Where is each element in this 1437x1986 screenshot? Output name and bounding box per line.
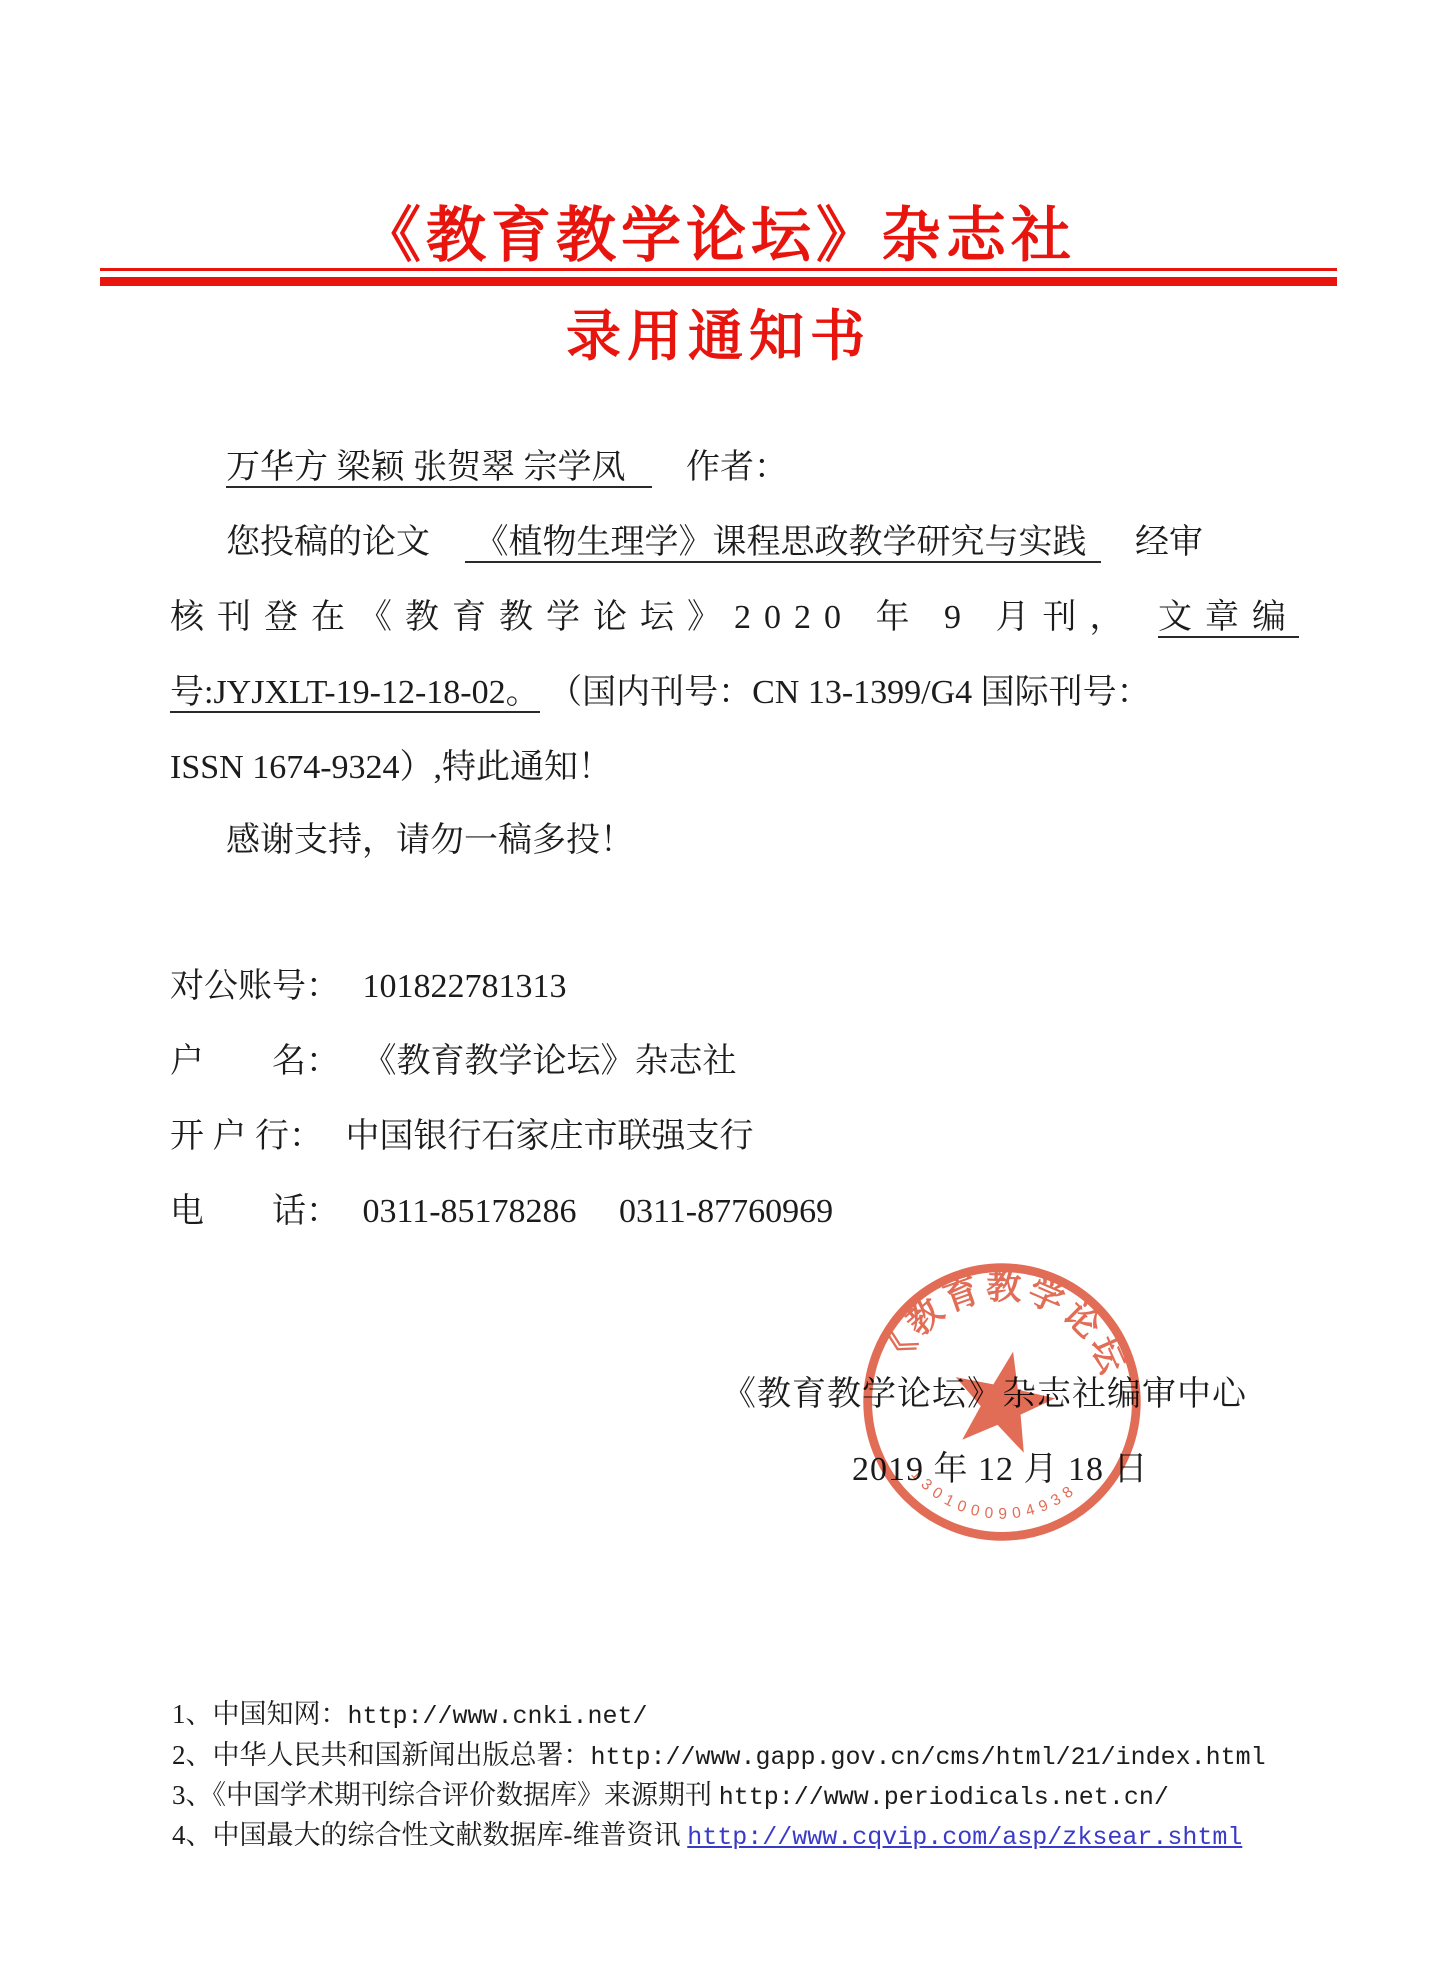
official-seal-stamp: 《教育教学论坛》 1301000904938 [856,1256,1148,1548]
thanks-line: 感谢支持，请勿一稿多投！ [170,818,1323,864]
footer-link-cqvip[interactable]: http://www.cqvip.com/asp/zksear.shtml [687,1823,1242,1852]
bank-account-label: 对公账号： [170,958,340,1007]
account-name-value: 《教育教学论坛》杂志社 [363,1043,737,1080]
bank-account-value: 101822781313 [363,968,567,1005]
paper-title: 《植物生理学》课程思政教学研究与实践 [465,524,1101,563]
paper-line-prefix: 您投稿的论文 [226,524,430,561]
phone-label: 电 话： [170,1183,340,1232]
paper-title-line: 您投稿的论文 《植物生理学》课程思政教学研究与实践 经审 [170,520,1323,566]
account-name-label: 户 名： [170,1033,340,1082]
footer-index-2: 2、 [172,1740,213,1770]
footer-index-4: 4、 [172,1820,213,1850]
article-no-label-start: 文章编 [1158,599,1299,638]
bank-account-row: 对公账号： 101822781313 [170,958,1267,1007]
footer-url-1: http://www.cnki.net/ [348,1702,648,1731]
bank-branch-value: 中国银行石家庄市联强支行 [346,1118,754,1155]
footer-item-cnki: 1、中国知网：http://www.cnki.net/ [172,1692,648,1731]
publication-text: 核刊登在《教育教学论坛》2020 年 9 月刊， [170,599,1137,636]
bank-branch-label: 开 户 行： [170,1108,323,1157]
page-subtitle: 录用通知书 [0,292,1437,371]
seal-star-icon [956,1352,1056,1453]
footer-url-3: http://www.periodicals.net.cn/ [719,1783,1169,1812]
article-number: 号:JYJXLT-19-12-18-02。 [170,674,540,713]
issue-numbers-text: （国内刊号：CN 13-1399/G4 国际刊号： [548,674,1151,711]
account-name-row: 户 名： 《教育教学论坛》杂志社 [170,1033,1267,1082]
header-divider [100,268,1337,286]
paper-line-suffix: 经审 [1135,524,1203,561]
issn-line: ISSN 1674-9324）,特此通知！ [170,745,1267,791]
footer-url-2: http://www.gapp.gov.cn/cms/html/21/index… [591,1743,1266,1772]
footer-index-1: 1、 [172,1699,213,1729]
footer-label-4: 中国最大的综合性文献数据库-维普资讯 [213,1820,688,1850]
footer-item-periodicals: 3、《中国学术期刊综合评价数据库》来源期刊 http://www.periodi… [172,1773,1169,1812]
footer-label-1: 中国知网： [213,1699,348,1729]
footer-label-2: 中华人民共和国新闻出版总署： [213,1740,591,1770]
phone-value: 0311-85178286 0311-87760969 [363,1193,834,1230]
footer-item-gapp: 2、中华人民共和国新闻出版总署：http://www.gapp.gov.cn/c… [172,1733,1266,1772]
article-number-line: 号:JYJXLT-19-12-18-02。 （国内刊号：CN 13-1399/G… [170,670,1267,716]
footer-label-3: 《中国学术期刊综合评价数据库》来源期刊 [213,1780,719,1810]
bank-branch-row: 开 户 行： 中国银行石家庄市联强支行 [170,1108,1267,1157]
acceptance-notice-page: 《教育教学论坛》杂志社 录用通知书 万华方 梁颖 张贺翠 宗学凤 作者： 您投稿… [0,0,1437,1986]
authors-names: 万华方 梁颖 张贺翠 宗学凤 [226,449,652,488]
footer-index-3: 3、 [172,1780,213,1810]
publication-line: 核刊登在《教育教学论坛》2020 年 9 月刊， 文章编 [170,595,1267,641]
footer-item-cqvip: 4、中国最大的综合性文献数据库-维普资讯 http://www.cqvip.co… [172,1813,1242,1852]
phone-row: 电 话： 0311-85178286 0311-87760969 [170,1183,1267,1232]
page-title: 《教育教学论坛》杂志社 [0,188,1437,274]
authors-label: 作者： [686,449,788,486]
authors-line: 万华方 梁颖 张贺翠 宗学凤 作者： [170,445,1323,491]
